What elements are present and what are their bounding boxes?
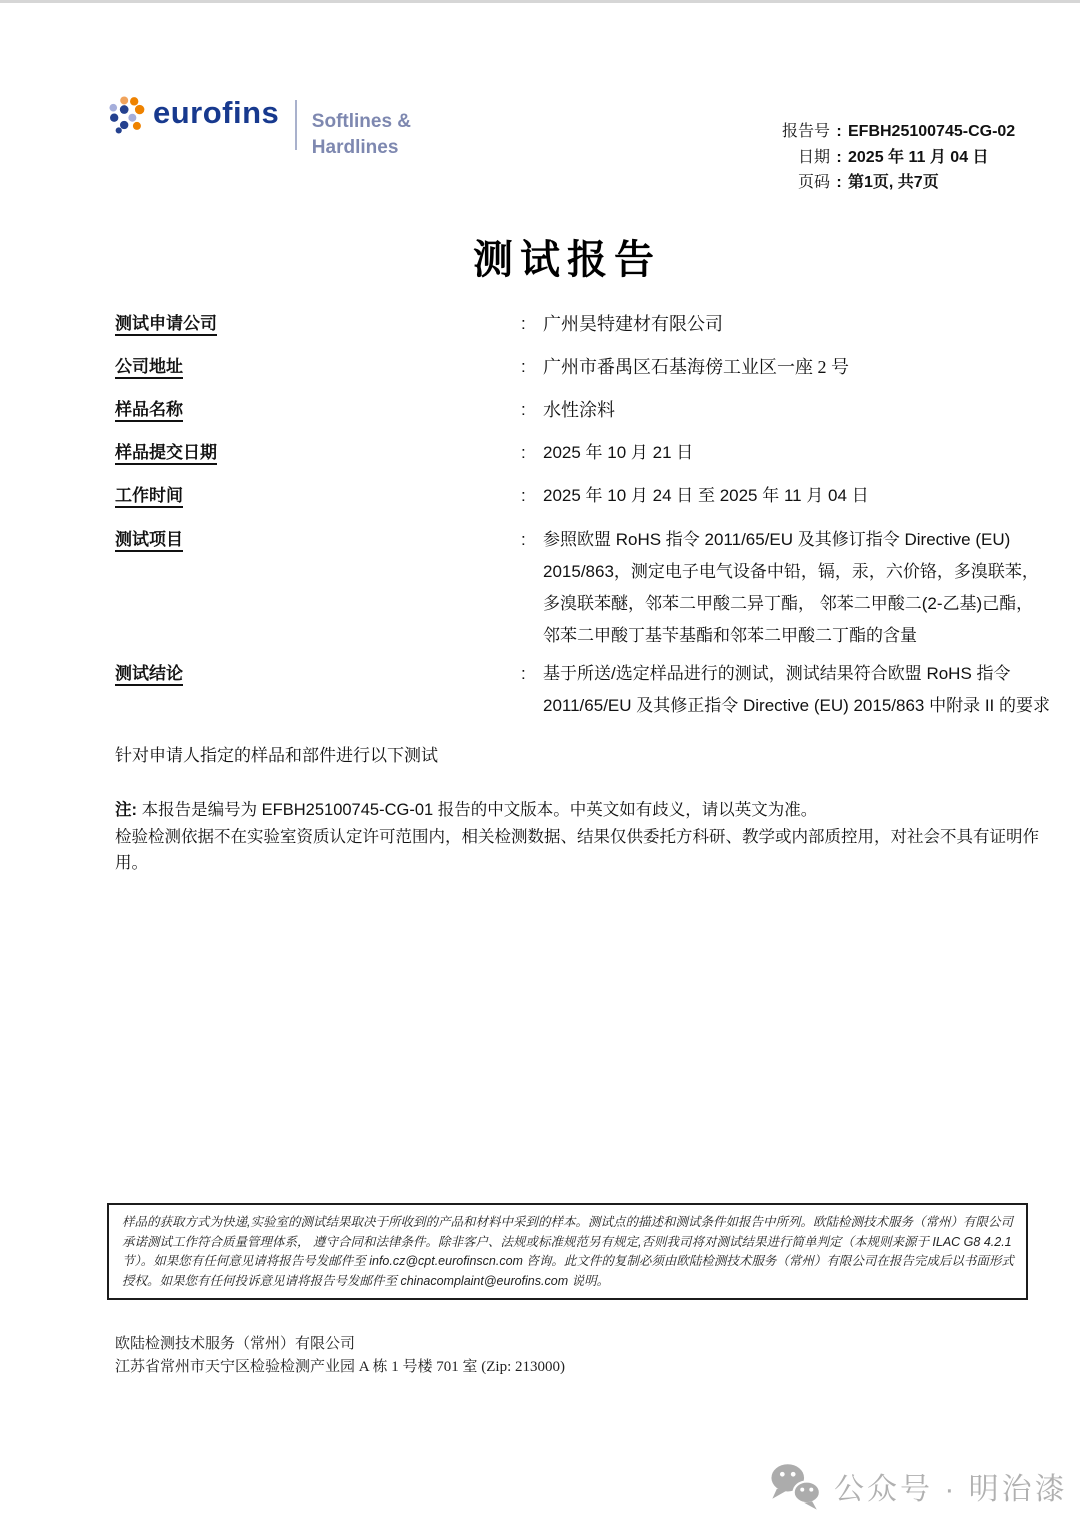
- eurofins-logo: eurofins Softlines & Hardlines: [106, 92, 411, 161]
- field-label: 公司地址: [115, 352, 521, 382]
- report-number-row: 报告号 : EFBH25100745-CG-02: [756, 119, 1015, 145]
- field-label: 工作时间: [115, 481, 521, 511]
- division-name: Softlines & Hardlines: [312, 109, 411, 161]
- field-row-applicant: 测试申请公司 : 广州昊特建材有限公司: [115, 309, 1052, 339]
- report-page-value: 第1页, 共7页: [848, 170, 1015, 196]
- lab-company-name: 欧陆检测技术服务（常州）有限公司: [115, 1333, 565, 1356]
- colon: :: [521, 481, 543, 511]
- field-value: 水性涂料: [543, 395, 1052, 425]
- field-value: 2025 年 10 月 24 日 至 2025 年 11 月 04 日: [543, 481, 1052, 511]
- disclaimer-text: 样品的获取方式为快递,实验室的测试结果取决于所收到的产品和材料中采到的样本。测试…: [122, 1215, 1014, 1288]
- field-row-working-period: 工作时间 : 2025 年 10 月 24 日 至 2025 年 11 月 04…: [115, 481, 1052, 511]
- report-number-value: EFBH25100745-CG-02: [848, 119, 1015, 145]
- report-date-value: 2025 年 11 月 04 日: [848, 145, 1015, 171]
- scan-edge: [0, 0, 1080, 3]
- colon: :: [830, 170, 848, 196]
- report-fields: 测试申请公司 : 广州昊特建材有限公司 公司地址 : 广州市番禺区石基海傍工业区…: [115, 309, 1052, 877]
- division-line2: Hardlines: [312, 135, 411, 161]
- field-row-test-conclusion: 测试结论 : 基于所送/选定样品进行的测试，测试结果符合欧盟 RoHS 指令 2…: [115, 658, 1052, 722]
- report-date-row: 日期 : 2025 年 11 月 04 日: [756, 145, 1015, 171]
- note-line1-text: 本报告是编号为 EFBH25100745-CG-01 报告的中文版本。中英文如有…: [137, 801, 817, 819]
- report-page: eurofins Softlines & Hardlines 报告号 : EFB…: [0, 0, 1080, 1529]
- field-label: 测试申请公司: [115, 309, 521, 339]
- eurofins-dots-icon: [106, 94, 146, 136]
- report-page-row: 页码 : 第1页, 共7页: [756, 170, 1015, 196]
- field-label: 样品名称: [115, 395, 521, 425]
- field-value: 参照欧盟 RoHS 指令 2011/65/EU 及其修订指令 Directive…: [543, 524, 1052, 652]
- field-label: 测试项目: [115, 524, 521, 556]
- note-line1: 注: 本报告是编号为 EFBH25100745-CG-01 报告的中文版本。中英…: [115, 797, 1052, 824]
- lab-address: 江苏省常州市天宁区检验检测产业园 A 栋 1 号楼 701 室 (Zip: 21…: [115, 1356, 565, 1379]
- field-value: 广州昊特建材有限公司: [543, 309, 1052, 339]
- colon: :: [521, 309, 543, 339]
- field-value: 2025 年 10 月 21 日: [543, 438, 1052, 468]
- colon: :: [830, 119, 848, 145]
- wechat-icon: [766, 1461, 824, 1511]
- eurofins-wordmark: eurofins: [153, 92, 279, 134]
- note-line2: 检验检测依据不在实验室资质认定许可范围内，相关检测数据、结果仅供委托方科研、教学…: [115, 824, 1052, 877]
- colon: :: [521, 658, 543, 690]
- field-row-submission-date: 样品提交日期 : 2025 年 10 月 21 日: [115, 438, 1052, 468]
- test-scope-statement: 针对申请人指定的样品和部件进行以下测试: [115, 742, 1052, 770]
- division-line1: Softlines &: [312, 109, 411, 135]
- report-page-label: 页码: [756, 170, 830, 196]
- field-row-address: 公司地址 : 广州市番禺区石基海傍工业区一座 2 号: [115, 352, 1052, 382]
- field-row-sample-name: 样品名称 : 水性涂料: [115, 395, 1052, 425]
- colon: :: [521, 438, 543, 468]
- field-value: 基于所送/选定样品进行的测试，测试结果符合欧盟 RoHS 指令 2011/65/…: [543, 658, 1052, 722]
- field-label: 测试结论: [115, 658, 521, 690]
- colon: :: [830, 145, 848, 171]
- field-label: 样品提交日期: [115, 438, 521, 468]
- colon: :: [521, 524, 543, 556]
- wechat-watermark: 公众号 · 明治漆: [766, 1461, 1068, 1511]
- disclaimer-box: 样品的获取方式为快递,实验室的测试结果取决于所收到的产品和材料中采到的样本。测试…: [107, 1203, 1028, 1300]
- report-note: 注: 本报告是编号为 EFBH25100745-CG-01 报告的中文版本。中英…: [115, 797, 1052, 877]
- colon: :: [521, 395, 543, 425]
- report-number-label: 报告号: [756, 119, 830, 145]
- watermark-text: 公众号 · 明治漆: [834, 1464, 1068, 1508]
- page-title: 测试报告: [54, 228, 1080, 285]
- colon: :: [521, 352, 543, 382]
- report-info-block: 报告号 : EFBH25100745-CG-02 日期 : 2025 年 11 …: [756, 119, 1015, 196]
- logo-divider: [295, 100, 297, 150]
- field-row-test-items: 测试项目 : 参照欧盟 RoHS 指令 2011/65/EU 及其修订指令 Di…: [115, 524, 1052, 652]
- field-value: 广州市番禺区石基海傍工业区一座 2 号: [543, 352, 1052, 382]
- report-date-label: 日期: [756, 145, 830, 171]
- lab-address-block: 欧陆检测技术服务（常州）有限公司 江苏省常州市天宁区检验检测产业园 A 栋 1 …: [115, 1333, 565, 1379]
- note-prefix: 注:: [115, 801, 137, 819]
